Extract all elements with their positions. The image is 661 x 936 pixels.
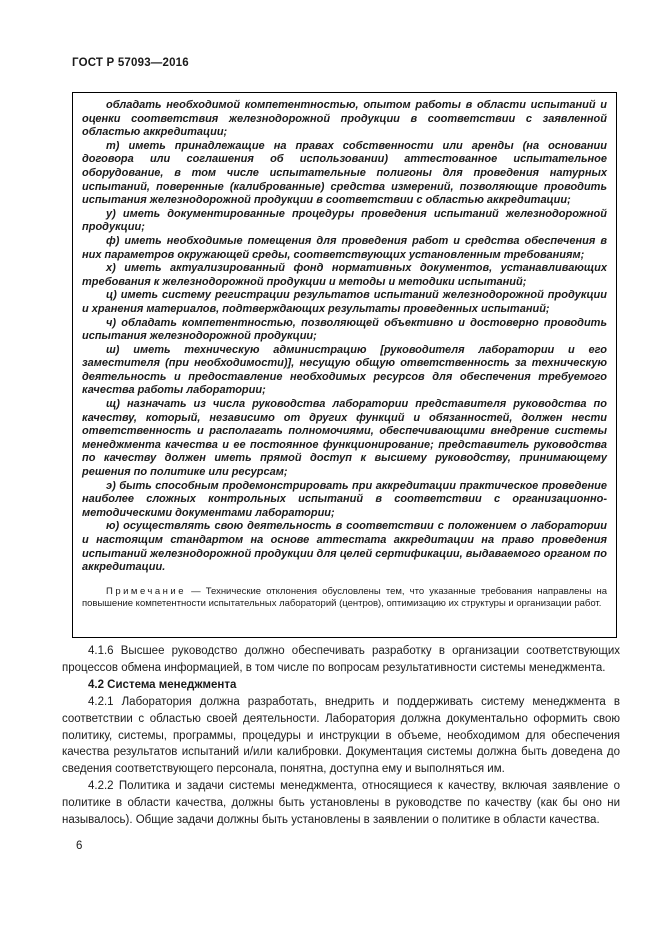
requirement-paragraph: ц) иметь систему регистрации результатов… [82, 289, 607, 316]
page-number: 6 [76, 840, 82, 852]
paragraph-4-2-2: 4.2.2 Политика и задачи системы менеджме… [62, 778, 620, 829]
requirements-quote-box: обладать необходимой компетентностью, оп… [72, 92, 617, 638]
note-label: Примечание [106, 586, 186, 597]
section-heading-4-2: 4.2 Система менеджмента [62, 677, 620, 694]
requirement-paragraph: ф) иметь необходимые помещения для прове… [82, 235, 607, 262]
requirement-paragraph: х) иметь актуализированный фонд норматив… [82, 262, 607, 289]
requirement-paragraph: щ) назначать из числа руководства лабора… [82, 398, 607, 480]
paragraph-4-1-6: 4.1.6 Высшее руководство должно обеспечи… [62, 643, 620, 677]
body-text: 4.1.6 Высшее руководство должно обеспечи… [62, 643, 620, 829]
requirement-paragraph: т) иметь принадлежащие на правах собстве… [82, 140, 607, 208]
paragraph-4-2-1: 4.2.1 Лаборатория должна разработать, вн… [62, 694, 620, 779]
requirement-paragraph: у) иметь документированные процедуры про… [82, 208, 607, 235]
requirement-paragraph: ш) иметь техническую администрацию [руко… [82, 344, 607, 398]
standard-number-header: ГОСТ Р 57093—2016 [72, 57, 189, 69]
note-separator: — [186, 586, 206, 597]
document-page: ГОСТ Р 57093—2016 обладать необходимой к… [0, 0, 661, 936]
requirement-paragraph: ч) обладать компетентностью, позволяющей… [82, 317, 607, 344]
requirement-paragraph: ю) осуществлять свою деятельность в соот… [82, 520, 607, 574]
note-paragraph: Примечание — Технические отклонения обус… [82, 586, 607, 610]
requirement-paragraph: обладать необходимой компетентностью, оп… [82, 99, 607, 140]
requirement-paragraph: э) быть способным продемонстрировать при… [82, 480, 607, 521]
